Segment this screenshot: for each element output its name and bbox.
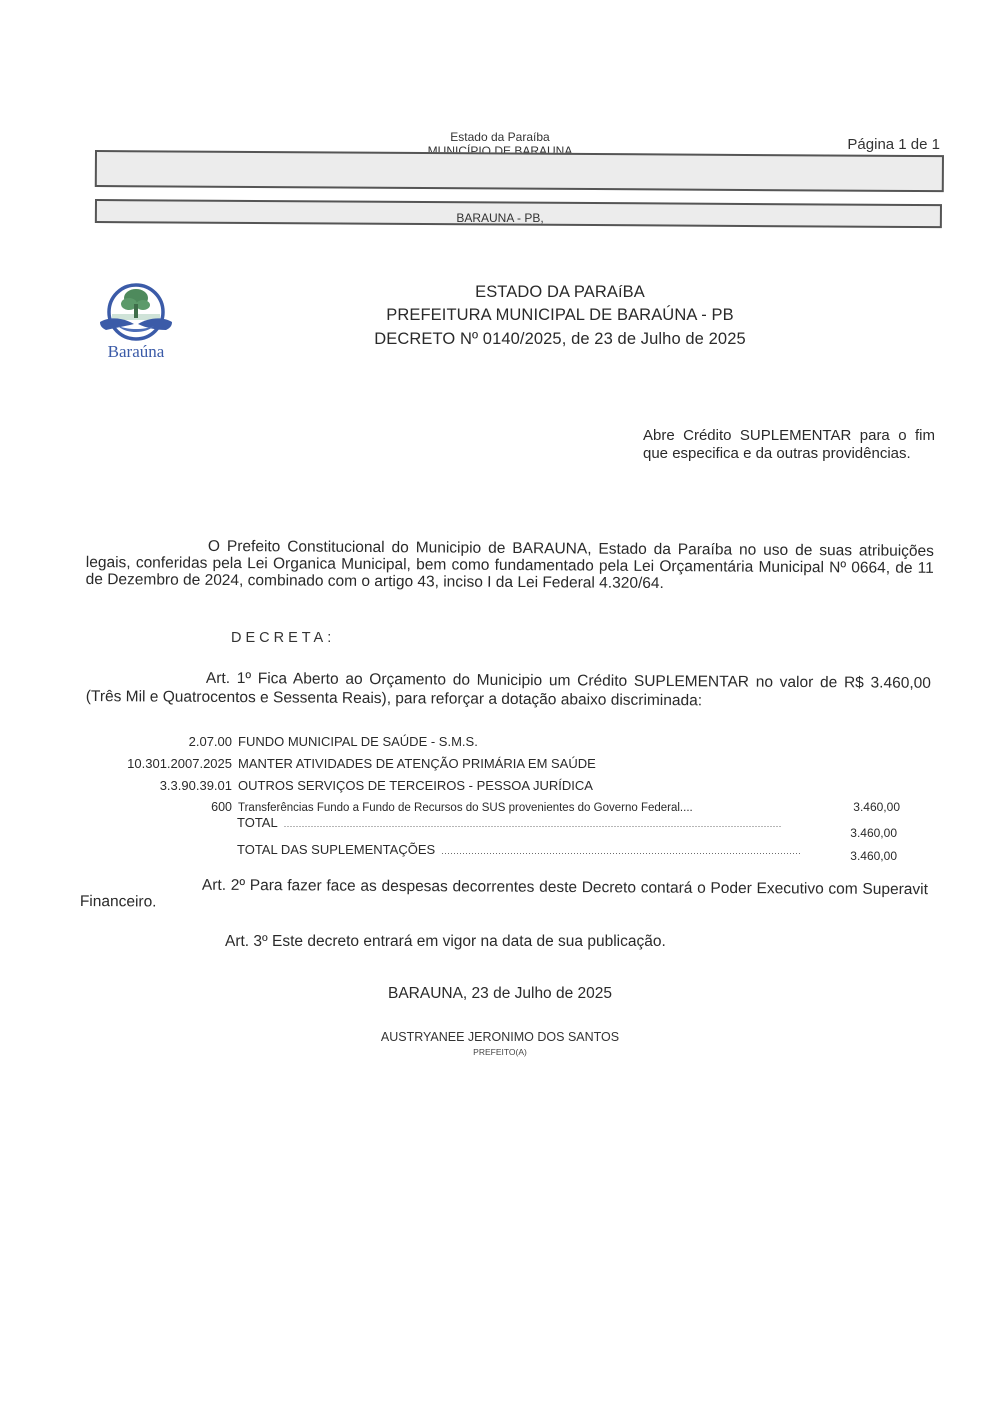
budget-code: 2.07.00 <box>100 734 238 749</box>
leader-dots: ........................................… <box>441 846 801 856</box>
budget-row: 10.301.2007.2025 MANTER ATIVIDADES DE AT… <box>100 756 900 774</box>
decreta-heading: DECRETA: <box>231 630 335 646</box>
total-label: TOTAL <box>237 815 278 830</box>
article-3: Art. 3º Este decreto entrará em vigor na… <box>80 933 928 951</box>
budget-total-row: TOTAL ..................................… <box>237 815 897 833</box>
budget-code: 10.301.2007.2025 <box>100 756 238 771</box>
place-and-date: BARAUNA, 23 de Julho de 2025 <box>300 985 700 1003</box>
title-decree-number: DECRETO Nº 0140/2025, de 23 de Julho de … <box>340 330 780 349</box>
decree-summary: Abre Crédito SUPLEMENTAR para o fim que … <box>643 427 935 463</box>
grand-total-amount: 3.460,00 <box>807 849 897 863</box>
signer-role: PREFEITO(A) <box>300 1047 700 1057</box>
page-indicator: Página 1 de 1 <box>800 136 940 153</box>
budget-code: 600 <box>100 800 238 814</box>
budget-description: FUNDO MUNICIPAL DE SAÚDE - S.M.S. <box>238 734 900 749</box>
title-state: ESTADO DA PARAíBA <box>340 283 780 302</box>
article-1: Art. 1º Fica Aberto ao Orçamento do Muni… <box>86 668 931 712</box>
logo-wordmark: Baraúna <box>92 342 180 362</box>
budget-row: 3.3.90.39.01 OUTROS SERVIÇOS DE TERCEIRO… <box>100 778 900 796</box>
header-location-label: BARAUNA - PB, <box>380 211 620 225</box>
header-gray-box <box>95 150 944 192</box>
total-amount: 3.460,00 <box>807 826 897 840</box>
leader-dots: ........................................… <box>284 819 801 829</box>
budget-description: MANTER ATIVIDADES DE ATENÇÃO PRIMÁRIA EM… <box>238 756 900 771</box>
budget-grand-total-row: TOTAL DAS SUPLEMENTAÇÕES ...............… <box>237 842 897 860</box>
budget-row: 2.07.00 FUNDO MUNICIPAL DE SAÚDE - S.M.S… <box>100 734 900 752</box>
budget-description: OUTROS SERVIÇOS DE TERCEIROS - PESSOA JU… <box>238 778 900 793</box>
article-2: Art. 2º Para fazer face as despesas deco… <box>80 876 928 915</box>
budget-description: Transferências Fundo a Fundo de Recursos… <box>238 802 810 814</box>
header-state: Estado da Paraíba <box>380 131 620 144</box>
title-prefeitura: PREFEITURA MUNICIPAL DE BARAÚNA - PB <box>340 306 780 325</box>
grand-total-label: TOTAL DAS SUPLEMENTAÇÕES <box>237 842 435 857</box>
budget-code: 3.3.90.39.01 <box>100 778 238 793</box>
tree-hands-emblem-icon <box>96 282 176 344</box>
preamble-paragraph: O Prefeito Constitucional do Municipio d… <box>86 537 934 594</box>
signer-name: AUSTRYANEE JERONIMO DOS SANTOS <box>300 1030 700 1044</box>
budget-amount: 3.460,00 <box>810 800 900 814</box>
